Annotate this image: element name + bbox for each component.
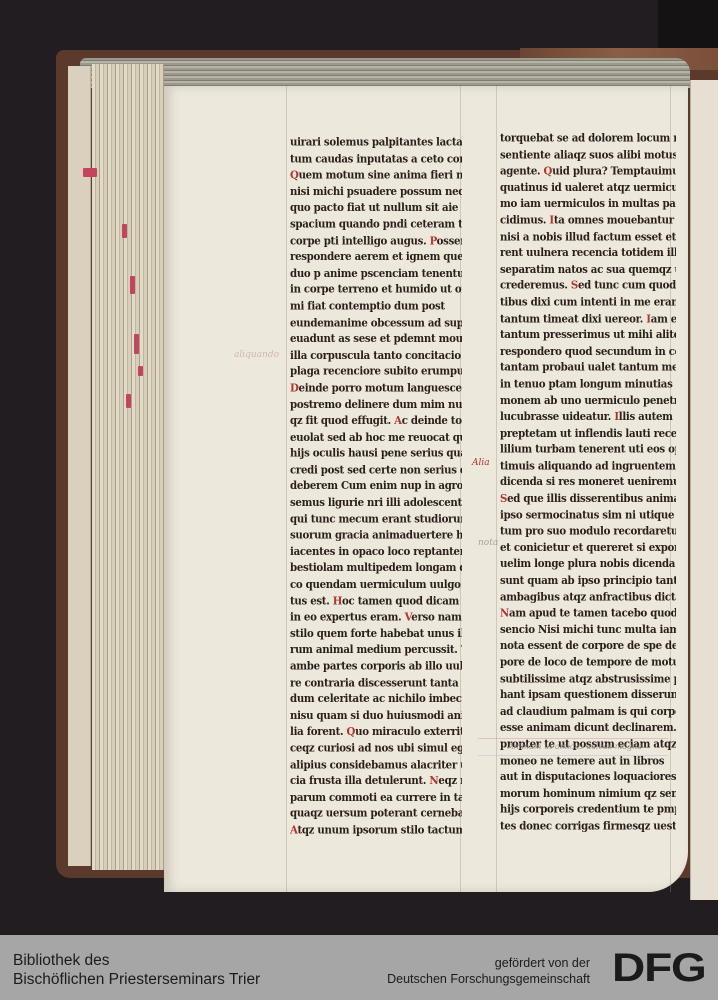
manuscript-line: Atqz unum ipsorum stilo tactum co (290, 823, 462, 839)
margin-note: nota (478, 538, 498, 548)
manuscript-page: uirari solemus palpitantes lactatum caud… (164, 86, 688, 892)
manuscript-line: sentiente aliaqz suos alibi motus p (500, 148, 676, 164)
manuscript-line: sencio Nisi michi tunc multa iam (500, 622, 676, 638)
margin-note: aliquando (234, 350, 279, 360)
manuscript-line: monem ab uno uermiculo penetra (500, 393, 676, 409)
flyleaf (68, 66, 91, 866)
manuscript-line: timuis aliquando ad ingruentem (500, 459, 676, 475)
manuscript-line: quo pacto fiat ut nullum sit aie (290, 201, 462, 217)
rubric-initial: A (290, 824, 297, 837)
text-column-right: torquebat se ad dolorem locum michisenti… (500, 131, 676, 835)
manuscript-line: tantum presserimus ut mihi aliter (500, 328, 676, 344)
manuscript-line: hijs corporeis credentium te pmp (500, 803, 676, 819)
manuscript-line: cia frusta illa detulerunt. Neqz nos (290, 774, 462, 790)
manuscript-line: nisi michi psuadere possum neqz (290, 184, 462, 200)
manuscript-line: ad claudium palmam is qui corporis (500, 704, 676, 720)
bookmark-tab (138, 366, 143, 376)
manuscript-line: ambe partes corporis ab illo uulne (290, 659, 462, 675)
manuscript-line: lia forent. Quo miraculo exterriti tam (290, 725, 462, 741)
funding-line2: Deutschen Forschungsgemeinschaft (387, 971, 590, 987)
manuscript-line: rent uulnera recencia totidem illos (500, 246, 676, 262)
manuscript-line: hijs oculis hausi pene serius quam (290, 446, 462, 462)
rubric-initial: P (430, 235, 437, 248)
manuscript-line: illa corpuscula tanto concitacio quanto (290, 348, 462, 364)
rubric-initial: S (571, 280, 578, 293)
manuscript-line: deberem Cum enim nup in agro es (290, 479, 462, 495)
manuscript-line: tes donec corrigas firmesqz uestigia (500, 819, 676, 835)
manuscript-line: suorum gracia animaduertere huum (290, 528, 462, 544)
bookmark-tab (122, 224, 127, 238)
manuscript-line: morum hominum nimium qz sensibus (500, 786, 676, 802)
manuscript-line: plaga recenciore subito erumpunt (290, 364, 462, 380)
library-name-line1: Bibliothek des (13, 951, 260, 970)
manuscript-line: iacentes in opaco loco reptantem (290, 545, 462, 561)
manuscript-line: respondere aerem et ignem que (290, 250, 462, 266)
margin-note: Alia (472, 458, 490, 468)
manuscript-line: co quendam uermiculum uulgo no (290, 577, 462, 593)
page-fore-edge (92, 64, 164, 870)
rubric-initial: T (461, 644, 462, 657)
manuscript-line: tibus dixi cum intenti in me erant (500, 295, 676, 311)
manuscript-line: torquebat se ad dolorem locum michi (500, 131, 676, 147)
manuscript-line: spacium quando pndi ceteram tum (290, 217, 462, 233)
rubric-initial: Q (347, 726, 356, 739)
dfg-logo: DFG (612, 950, 706, 986)
manuscript-line: stilo quem forte habebat unus illo (290, 626, 462, 642)
manuscript-line: tum caudas inputatas a ceto corpe (290, 152, 462, 168)
manuscript-line: euolat sed ab hoc me reuocat quod (290, 430, 462, 446)
rubric-initial: S (500, 493, 507, 506)
manuscript-line: ambagibus atqz anfractibus dictaui (500, 590, 676, 606)
ruling-line (496, 86, 497, 892)
footer-credit-bar: Bibliothek des Bischöflichen Priestersem… (0, 935, 718, 1000)
manuscript-line: parum commoti ea currere in tabula (290, 790, 462, 806)
manuscript-line: tus est. Hoc tamen quod dicam michi (290, 594, 462, 610)
manuscript-line: tantam probaui ualet tantum me (500, 360, 676, 376)
manuscript-line: rum animal medium percussit. Tu (290, 643, 462, 659)
manuscript-line: qui tunc mecum erant studiorum (290, 512, 462, 528)
manuscript-line: mi fiat contemptio dum post (290, 299, 462, 315)
manuscript-line: in eo expertus eram. Verso namqz (290, 610, 462, 626)
bookmark-tab (83, 168, 97, 177)
manuscript-line: sunt quam ab ipso principio tantis (500, 573, 676, 589)
manuscript-line: qz fit quod effugit. Ac deinde toti (290, 414, 462, 430)
manuscript-line: Deinde porro motum languescere (290, 381, 462, 397)
manuscript-line: respondero quod secundum in ceteris (500, 344, 676, 360)
manuscript-line: alipius considebamus alacriter uiue (290, 757, 462, 773)
manuscript-line: in tenuo ptam longum minutias (500, 377, 676, 393)
bookmark-tab (130, 276, 135, 294)
manuscript-line: quaqz uersum poterant cernebamus (290, 807, 462, 823)
manuscript-line: cidimus. Ita omnes mouebantur ut (500, 213, 676, 229)
manuscript-line: subtilissime atqz abstrusissime ptr (500, 672, 676, 688)
manuscript-line: mo iam uermiculos in multas partes co (500, 197, 676, 213)
library-name-line2: Bischöflichen Priesterseminars Trier (13, 970, 260, 989)
manuscript-line: crederemus. Sed tunc cum quod illic adol… (500, 279, 676, 295)
rubric-initial: N (429, 775, 438, 788)
manuscript-line: et conicietur et quereret si exponere (500, 541, 676, 557)
manuscript-line: pore de loco de tempore de motu quam (500, 655, 676, 671)
rubric-initial: H (333, 595, 342, 608)
manuscript-line: euadunt as sese et pdemnt moueze (290, 332, 462, 348)
manuscript-line: Nam apud te tamen tacebo quod (500, 606, 676, 622)
manuscript-line: dum celeritate ac nichilo imbecilliore (290, 692, 462, 708)
manuscript-line: ipso sermocinatus sim ni utique (500, 508, 676, 524)
library-credit: Bibliothek des Bischöflichen Priestersem… (13, 951, 260, 989)
manuscript-line: lilium turbam tenerent uti eos open (500, 442, 676, 458)
manuscript-line: credi post sed certe non serius quam (290, 463, 462, 479)
manuscript-line: tum pro suo modulo recordaretur (500, 524, 676, 540)
rubric-initial: V (405, 611, 412, 624)
rubric-initial: I (549, 214, 553, 227)
rubric-initial: I (614, 411, 618, 424)
manuscript-line: uirari solemus palpitantes lacta (290, 135, 462, 151)
manuscript-line: nisu quam si duo huiusmodi anima (290, 708, 462, 724)
manuscript-line: semus ligurie nri illi adolescentes (290, 495, 462, 511)
manuscript-line: ceqz curiosi ad nos ubi simul ego et (290, 741, 462, 757)
manuscript-line: Sed que illis disserentibus anima (500, 491, 676, 507)
manuscript-line: dicenda si res moneret ueniremus (500, 475, 676, 491)
funding-line1: gefördert von der (387, 955, 590, 971)
manuscript-line: agente. Quid plura? Temptauimus (500, 164, 676, 180)
rubric-initial: Q (290, 169, 299, 182)
rubric-initial: N (500, 607, 509, 620)
ruling-line (286, 86, 287, 892)
manuscript-line: bestiolam multipedem longam di (290, 561, 462, 577)
manuscript-line: quatinus id ualeret atqz uermiculum im (500, 180, 676, 196)
manuscript-line: in corpe terreno et humido ut omnium (290, 283, 462, 299)
text-column-left: uirari solemus palpitantes lactatum caud… (290, 135, 462, 839)
bookmark-tab (126, 394, 131, 408)
manuscript-line: hant ipsam questionem disserunt (500, 688, 676, 704)
manuscript-line: esse animam dicunt declinarem. Qua (500, 721, 676, 737)
page-stack-top-edge (80, 58, 690, 88)
manuscript-line: nota essent de corpore de spe de specie … (500, 639, 676, 655)
manuscript-image-viewer: uirari solemus palpitantes lactatum caud… (0, 0, 718, 935)
manuscript-line: aut in disputaciones loquaciores (500, 770, 676, 786)
manuscript-line: lucubrasse uideatur. Illis autem (500, 410, 676, 426)
rubric-initial: I (646, 312, 650, 325)
manuscript-line: re contraria discesserunt tanta pe (290, 676, 462, 692)
manuscript-line: nisi a nobis illud factum esset et compa… (500, 229, 676, 245)
rubric-initial: A (394, 415, 402, 428)
manuscript-line: Quem motum sine anima fieri nullo (290, 168, 462, 184)
manuscript-line: eundemanime obcessum ad supna (290, 315, 462, 331)
bookmark-tab (134, 334, 139, 354)
catchword: Animam ut amicus ualeas magna (478, 738, 668, 756)
manuscript-line: duo p anime pscenciam tenentur (290, 266, 462, 282)
manuscript-line: tantum timeat dixi uereor. Iam enim (500, 311, 676, 327)
rubric-initial: Q (544, 165, 553, 178)
manuscript-line: postremo delinere dum mim numqz (290, 397, 462, 413)
rubric-initial: D (290, 382, 299, 395)
manuscript-line: corpe pti intelligo augus. Possem (290, 233, 462, 249)
manuscript-line: separatim natos ac sua quemqz uixisse (500, 262, 676, 278)
funding-credit: gefördert von der Deutschen Forschungsge… (387, 955, 590, 987)
manuscript-line: preptetam ut inflendis lauti recept (500, 426, 676, 442)
facing-page-edge (690, 80, 718, 900)
manuscript-line: uelim longe plura nobis dicenda (500, 557, 676, 573)
